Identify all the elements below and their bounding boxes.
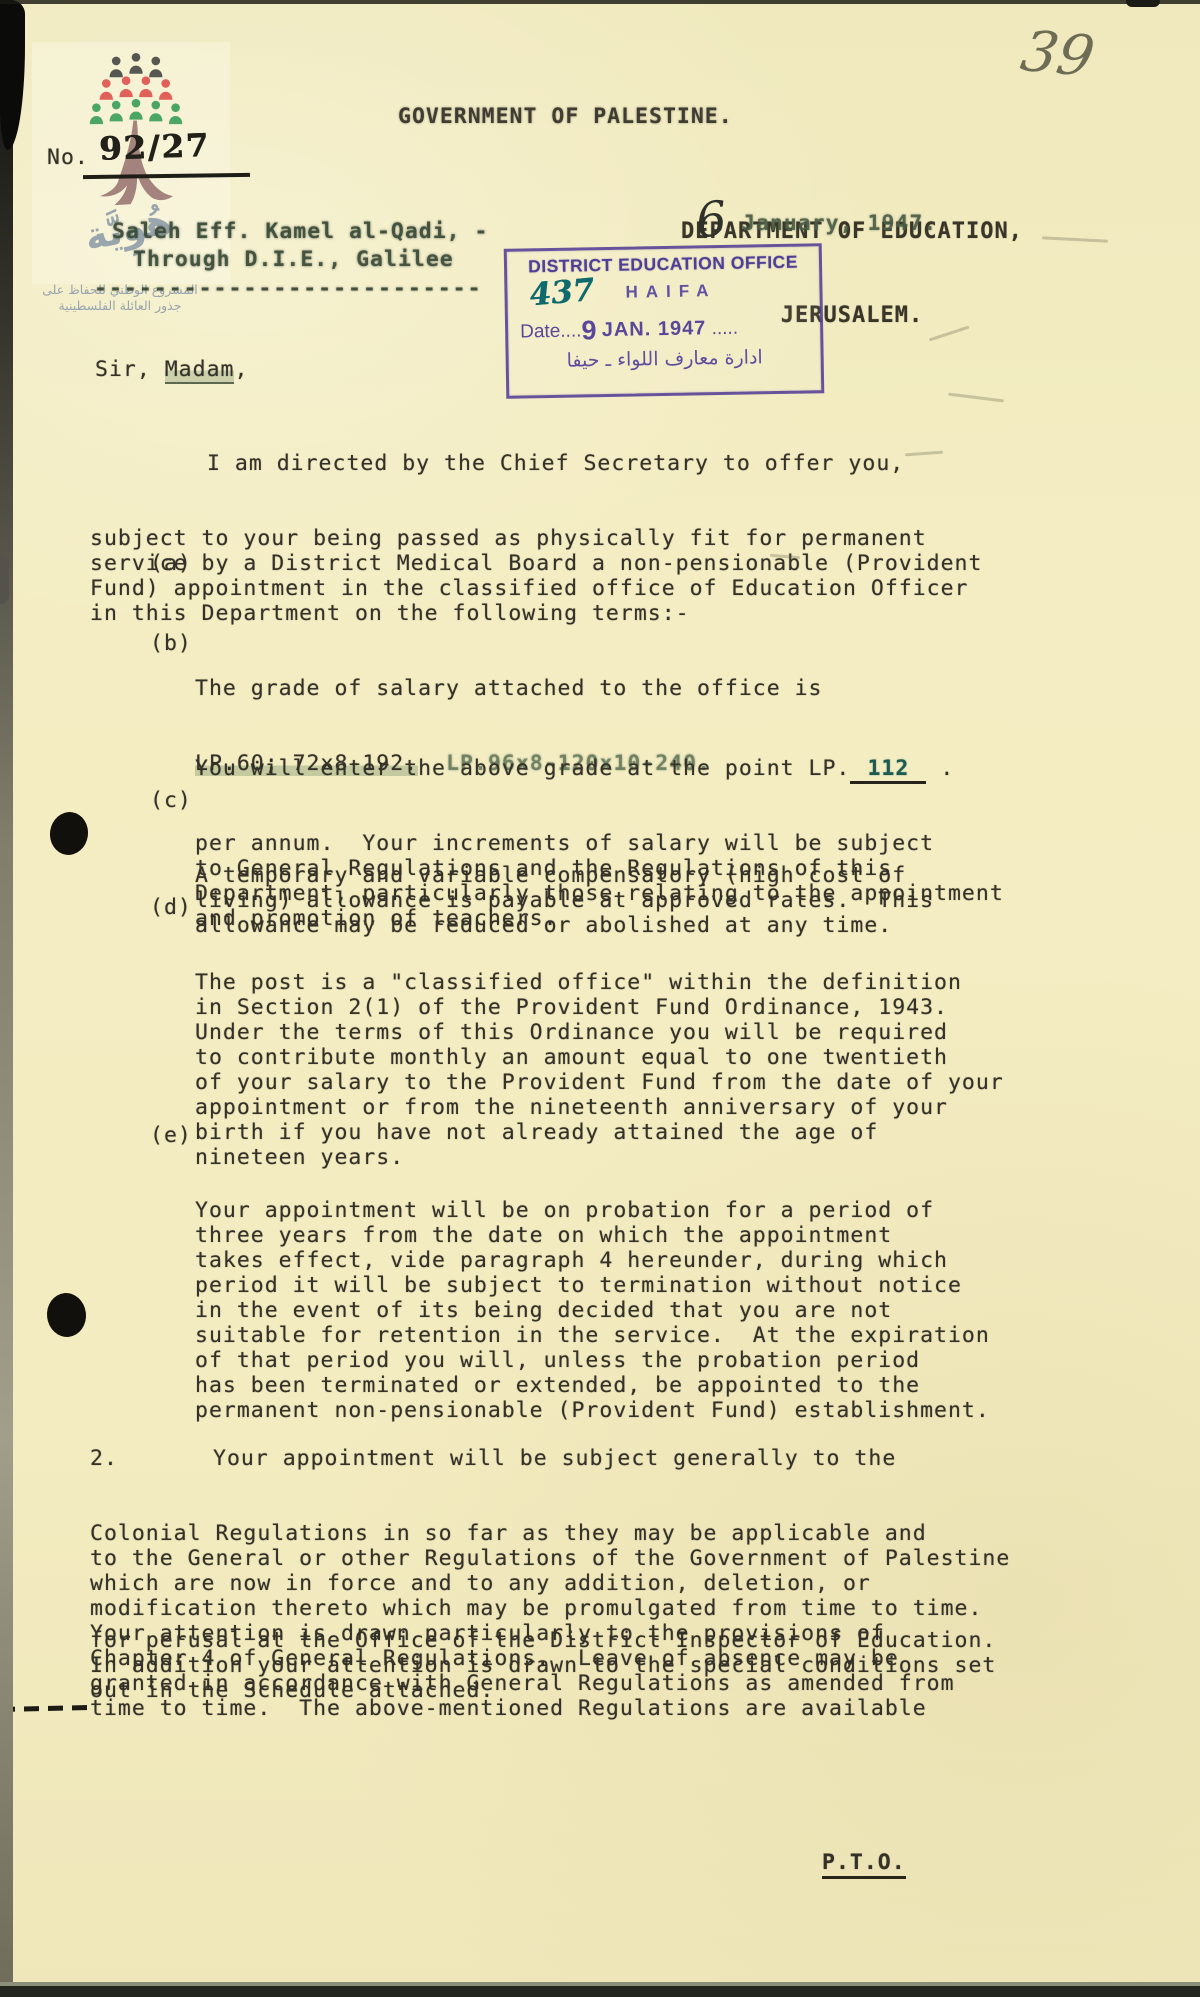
document-title: GOVERNMENT OF PALESTINE. [398,104,733,129]
salutation-madam: Madam [165,357,235,384]
addressee-strike-line: -------------------------- [94,276,483,301]
item-e-lines: Your appointment will be on probation fo… [195,1198,990,1423]
handwritten-page-number: 39 [1016,19,1099,89]
typed-line: takes effect, vide paragraph 4 hereunder… [195,1248,990,1273]
salutation-post: , [234,357,248,382]
hole-punch [47,810,91,858]
stamp-arabic-line: ادارة معارف اللواء ـ حيفا [508,345,820,372]
typed-line-post: . [926,756,954,781]
typed-line: In addition your attention is drawn to t… [90,1653,996,1678]
typed-line: The post is a "classified office" within… [195,970,1004,995]
typed-line: modification thereto which may be promul… [90,1596,1010,1621]
typed-line: A temporary and variable compensatory (h… [195,863,934,888]
typed-line: in the event of its being decided that y… [195,1298,990,1323]
typed-line: I am directed by the Chief Secretary to … [90,451,982,476]
district-education-office-stamp: DISTRICT EDUCATION OFFICE 437 HAIFA Date… [504,243,825,399]
addressee-name: Saleh Eff. Kamel al-Qadi, - [112,219,489,244]
scan-edge-left [0,0,13,1997]
stamp-date-dots-right: ..... [711,318,738,339]
stamp-date-day: 9 [581,315,597,345]
scan-edge-bottom [0,1982,1200,1997]
typed-line: Colonial Regulations in so far as they m… [90,1521,1010,1546]
salutation-pre: Sir, [95,357,165,382]
hole-punch [45,1291,88,1339]
stamp-city: HAIFA [625,281,716,303]
typed-date: January, 1947. [742,211,937,236]
scan-edge-mark-top [1126,0,1160,7]
typed-line: which are now in force and to any additi… [90,1571,1010,1596]
stamp-date-dots-left: .... [560,320,581,341]
salutation: Sir, Madam, [95,357,248,382]
typed-line: suitable for retention in the service. A… [195,1323,990,1348]
scanned-letter-page: هُوِيَّة المشروع الوطني للحفاظ على جذور … [0,0,1200,1997]
typed-line: to the General or other Regulations of t… [90,1546,1010,1571]
stamp-date-month-year: JAN. 1947 [602,317,707,341]
margin-dash-line [0,1705,90,1712]
scan-edge-top [0,0,1200,4]
typed-line: three years from the date on which the a… [195,1223,990,1248]
stamp-date-label: Date [520,321,561,343]
typed-line: in Section 2(1) of the Provident Fund Or… [195,995,1004,1020]
handwritten-day: 6 [694,191,729,249]
scan-corner-shadow [0,0,25,150]
typed-line: of your salary to the Provident Fund fro… [195,1070,1004,1095]
scan-edge-mark [0,556,9,604]
paragraph-2-continued: for perusal at the Office of the Distric… [90,1628,996,1703]
item-label: (e) [150,1123,192,1148]
item-label: (d) [150,895,192,920]
typed-line: out in the Schedule attached. [90,1678,996,1703]
stamp-office-name: DISTRICT EDUCATION OFFICE [507,251,819,277]
typed-line: to contribute monthly an amount equal to… [195,1045,1004,1070]
typed-line: period it will be subject to termination… [195,1273,990,1298]
typed-line: Under the terms of this Ordinance you wi… [195,1020,1004,1045]
typed-line: appointment or from the nineteenth anniv… [195,1095,1004,1120]
typed-line: Your appointment will be subject general… [213,1446,896,1471]
paragraph-2-number: 2. [90,1446,213,1471]
item-label: (c) [150,788,192,813]
typed-line: Your appointment will be on probation fo… [195,1198,990,1223]
item-label: (a) [150,551,192,576]
typed-line: for perusal at the Office of the Distric… [90,1628,996,1653]
item-label: (b) [150,631,192,656]
typed-line: has been terminated or extended, be appo… [195,1373,990,1398]
handwritten-file-number: 92/27 [98,126,210,168]
paragraph-2: 2.Your appointment will be subject gener… [90,1396,1010,1771]
salary-point-fillin: 112 [850,756,926,784]
addressee-through: Through D.I.E., Galilee [133,247,454,272]
typed-line: of that period you will, unless the prob… [195,1348,990,1373]
please-turn-over: P.T.O. [822,1850,906,1879]
typed-line: You will enter the above grade at the po… [195,756,850,781]
typed-line: subject to your being passed as physical… [90,526,982,551]
stamp-date-row: Date....9 JAN. 1947 ..... [520,308,808,344]
stamp-handwritten-number: 437 [528,272,596,314]
no-label: No. [47,145,89,170]
